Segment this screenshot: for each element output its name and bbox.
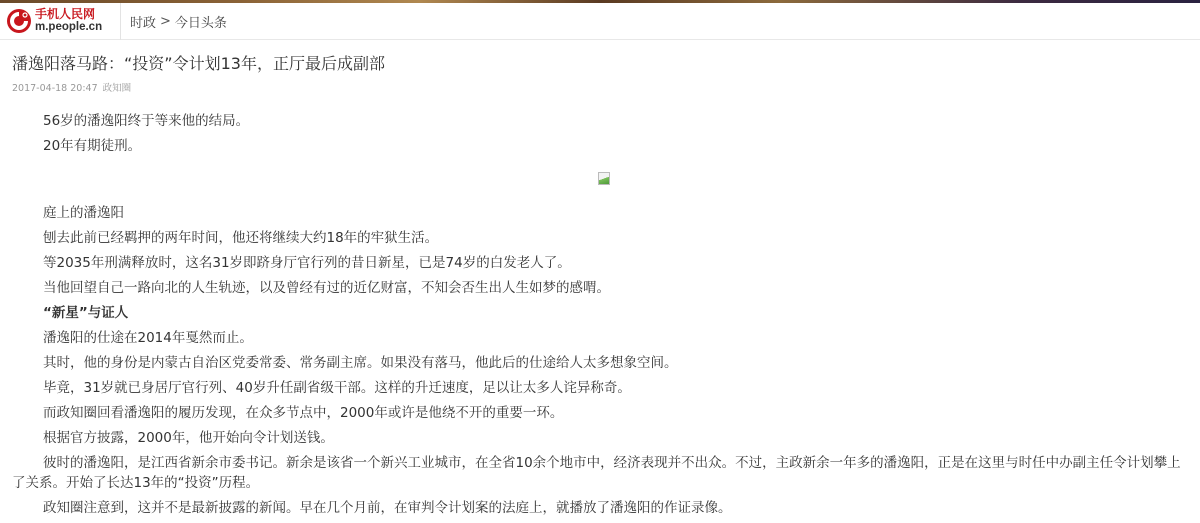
article-image bbox=[12, 159, 1188, 201]
logo-domain: m.people.cn bbox=[35, 22, 102, 34]
paragraph: 56岁的潘逸阳终于等来他的结局。 bbox=[12, 109, 1188, 134]
paragraph: 当他回望自己一路向北的人生轨迹，以及曾经有过的近亿财富，不知会否生出人生如梦的感… bbox=[12, 276, 1188, 301]
site-header: 手机人民网 m.people.cn 时政 > 今日头条 bbox=[0, 3, 1200, 40]
breadcrumb: 时政 > 今日头条 bbox=[121, 12, 227, 31]
paragraph: 而政知圈回看潘逸阳的履历发现，在众多节点中，2000年或许是他绕不开的重要一环。 bbox=[12, 401, 1188, 426]
paragraph: 毕竟，31岁就已身居厅官行列、40岁升任副省级干部。这样的升迁速度，足以让太多人… bbox=[12, 376, 1188, 401]
article-header: 潘逸阳落马路：“投资”令计划13年，正厅最后成副部 2017-04-18 20:… bbox=[0, 40, 1200, 95]
paragraph: 等2035年刑满释放时，这名31岁即跻身厅官行列的昔日新星，已是74岁的白发老人… bbox=[12, 251, 1188, 276]
breadcrumb-current-link[interactable]: 今日头条 bbox=[175, 12, 227, 31]
image-caption: 庭上的潘逸阳 bbox=[12, 201, 1188, 226]
logo-text: 手机人民网 m.people.cn bbox=[35, 8, 102, 34]
section-subheading: “新星”与证人 bbox=[12, 301, 1188, 326]
broken-image-icon bbox=[598, 172, 610, 185]
paragraph: 刨去此前已经羁押的两年时间，他还将继续大约18年的牢狱生活。 bbox=[12, 226, 1188, 251]
article-body: 56岁的潘逸阳终于等来他的结局。 20年有期徒刑。 庭上的潘逸阳 刨去此前已经羁… bbox=[0, 95, 1200, 521]
breadcrumb-section-link[interactable]: 时政 bbox=[130, 12, 156, 31]
paragraph: 根据官方披露，2000年，他开始向令计划送钱。 bbox=[12, 426, 1188, 451]
paragraph: 其时，他的身份是内蒙古自治区党委常委、常务副主席。如果没有落马，他此后的仕途给人… bbox=[12, 351, 1188, 376]
paragraph: 彼时的潘逸阳，是江西省新余市委书记。新余是该省一个新兴工业城市，在全省10余个地… bbox=[12, 453, 1188, 493]
site-logo[interactable]: 手机人民网 m.people.cn bbox=[0, 3, 121, 40]
paragraph: 潘逸阳的仕途在2014年戛然而止。 bbox=[12, 326, 1188, 351]
article-meta: 2017-04-18 20:47 政知圈 bbox=[12, 83, 1188, 95]
paragraph: 政知圈注意到，这并不是最新披露的新闻。早在几个月前，在审判令计划案的法庭上，就播… bbox=[12, 496, 1188, 521]
logo-chinese-name: 手机人民网 bbox=[35, 8, 102, 20]
article-title: 潘逸阳落马路：“投资”令计划13年，正厅最后成副部 bbox=[12, 54, 1188, 74]
article-source: 政知圈 bbox=[103, 83, 132, 94]
breadcrumb-separator: > bbox=[160, 14, 171, 29]
publish-datetime: 2017-04-18 20:47 bbox=[12, 83, 98, 94]
paragraph: 20年有期徒刑。 bbox=[12, 134, 1188, 159]
people-logo-icon bbox=[6, 8, 32, 34]
